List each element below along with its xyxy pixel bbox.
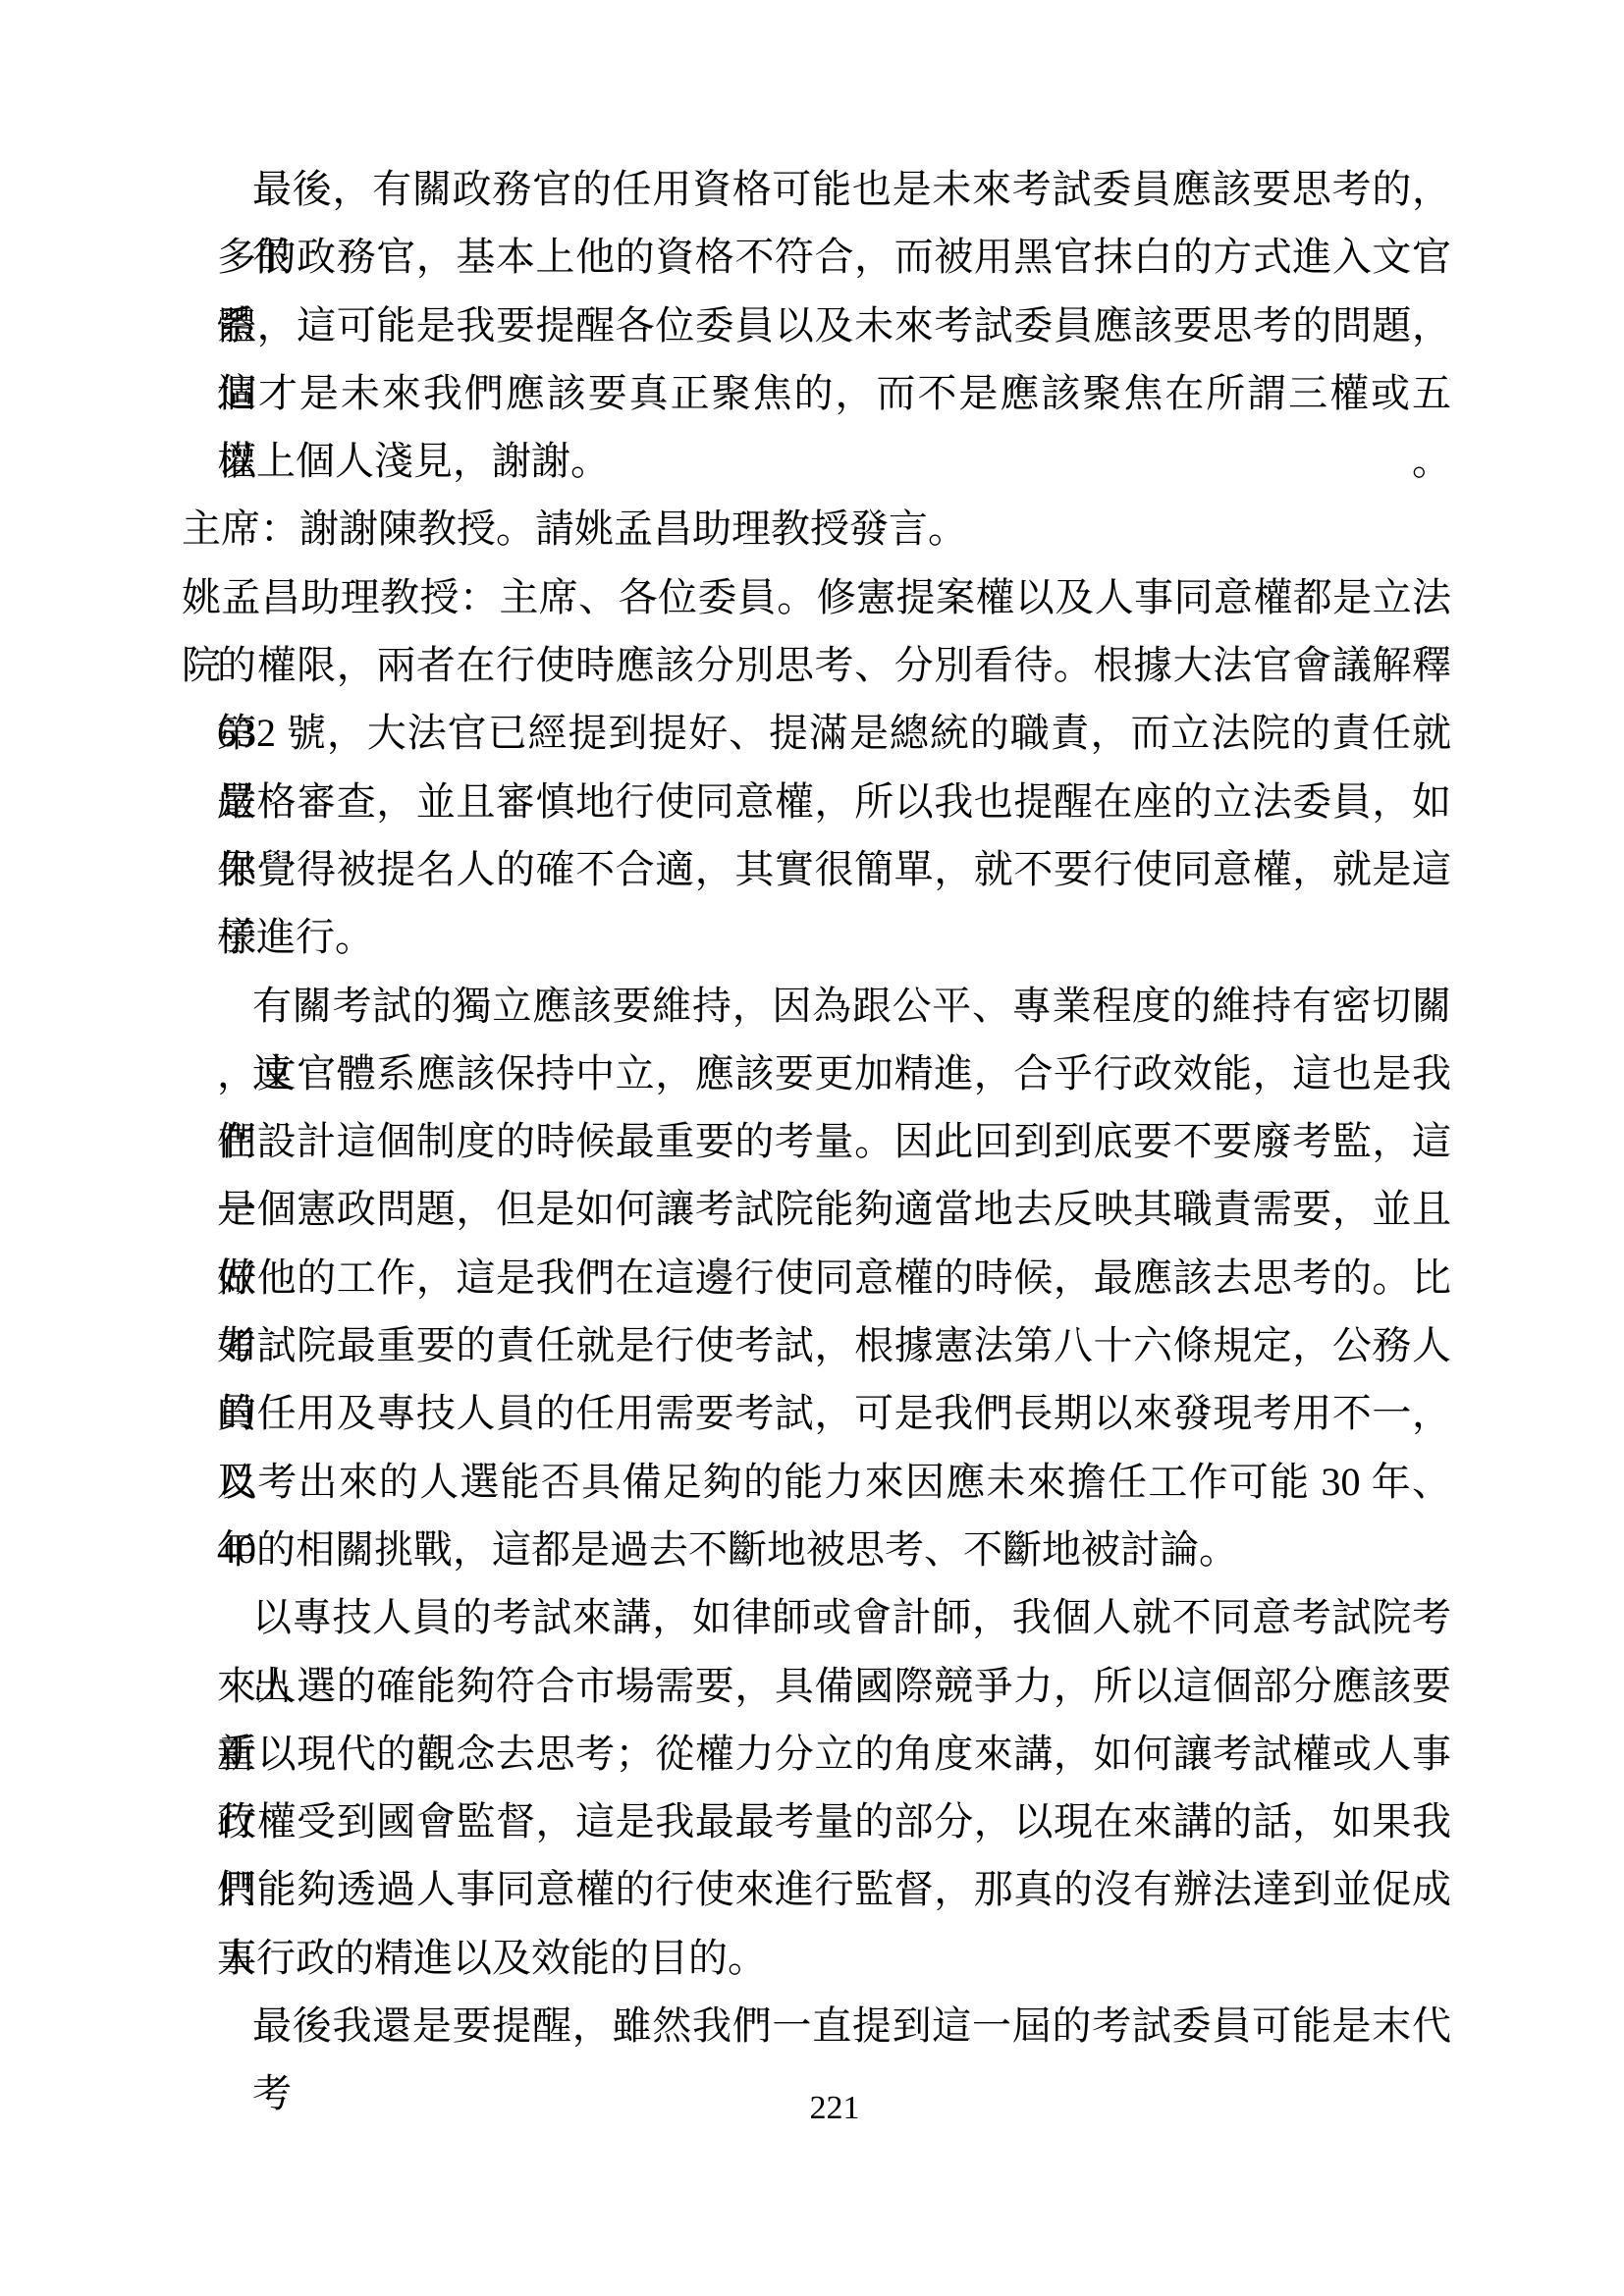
- transcript-text: 最後，有關政務官的任用資格可能也是未來考試委員應該要思考的，很多的政務官，基本上…: [0, 155, 1624, 2059]
- text-line: 姚孟昌助理教授：主席、各位委員。修憲提案權以及人事同意權都是立法院: [182, 563, 1451, 631]
- text-line: 多的政務官，基本上他的資格不符合，而被用黑官抹白的方式進入文官體: [217, 223, 1451, 291]
- text-line: 嚴格審查，並且審慎地行使同意權，所以我也提醒在座的立法委員，如果: [217, 768, 1451, 835]
- text-line: 在設計這個制度的時候最重要的考量。因此回到到底要不要廢考監，這是: [217, 1107, 1451, 1175]
- text-line: 632 號，大法官已經提到提好、提滿是總統的職責，而立法院的責任就是: [217, 699, 1451, 767]
- text-line: ，文官體系應該保持中立，應該要更加精進，合乎行政效能，這也是我們: [217, 1040, 1451, 1107]
- text-line: 好他的工作，這是我們在這邊行使同意權的時候，最應該去思考的。比如: [217, 1244, 1451, 1311]
- text-line: 以專技人員的考試來講，如律師或會計師，我個人就不同意考試院考出: [252, 1583, 1451, 1651]
- text-line: 最後我還是要提醒，雖然我們一直提到這一屆的考試委員可能是末代考: [252, 1992, 1451, 2059]
- text-line: 政權受到國會監督，這是我最最考量的部分，以現在來講的話，如果我們: [217, 1788, 1451, 1855]
- text-line: 有關考試的獨立應該要維持，因為跟公平、專業程度的維持有密切關連: [252, 972, 1451, 1040]
- page-number: 221: [0, 2089, 1624, 2128]
- text-line: 你覺得被提名人的確不合適，其實很簡單，就不要行使同意權，就是這樣: [217, 835, 1451, 903]
- text-line: 的任用及專技人員的任用需要考試，可是我們長期以來發現考用不一，以: [217, 1379, 1451, 1447]
- text-line: 及考出來的人選能否具備足夠的能力來因應未來擔任工作可能 30 年、40: [217, 1448, 1451, 1516]
- text-line: 只能夠透過人事同意權的行使來進行監督，那真的沒有辦法達到並促成人: [217, 1855, 1451, 1923]
- text-line: 新以現代的觀念去思考；從權力分立的角度來講，如何讓考試權或人事行: [217, 1720, 1451, 1788]
- text-line: 個才是未來我們應該要真正聚焦的，而不是應該聚焦在所謂三權或五權。: [217, 359, 1451, 427]
- text-line: 最後，有關政務官的任用資格可能也是未來考試委員應該要思考的，很: [252, 155, 1451, 223]
- text-line: 來人選的確能夠符合市場需要，具備國際競爭力，所以這個部分應該要重: [217, 1652, 1451, 1720]
- text-line: 考試院最重要的責任就是行使考試，根據憲法第八十六條規定，公務人員: [217, 1311, 1451, 1379]
- text-line: 子進行。: [217, 903, 1451, 971]
- text-line: 年的相關挑戰，這都是過去不斷地被思考、不斷地被討論。: [217, 1516, 1451, 1583]
- text-line: 的權限，兩者在行使時應該分別思考、分別看待。根據大法官會議解釋第: [217, 631, 1451, 699]
- text-line: 系，這可能是我要提醒各位委員以及未來考試委員應該要思考的問題，這: [217, 292, 1451, 359]
- text-line: 事行政的精進以及效能的目的。: [217, 1924, 1451, 1992]
- text-line: 主席：謝謝陳教授。請姚孟昌助理教授發言。: [182, 495, 1451, 562]
- text-line: 一個憲政問題，但是如何讓考試院能夠適當地去反映其職責需要，並且做: [217, 1175, 1451, 1243]
- document-page: 最後，有關政務官的任用資格可能也是未來考試委員應該要思考的，很多的政務官，基本上…: [0, 0, 1624, 2296]
